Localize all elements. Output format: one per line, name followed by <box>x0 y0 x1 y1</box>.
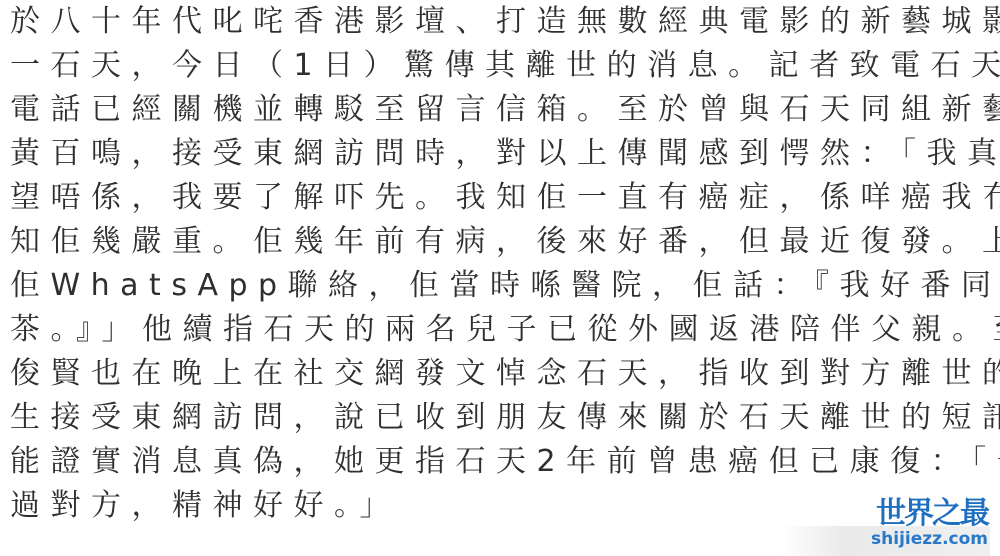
article-line-5: 望唔係，我要了解吓先。我知佢一直有癌症，係咩癌我冇詳細問，但 <box>10 176 1000 220</box>
article-line-8: 茶。』」他續指石天的兩名兒子已從外國返港陪伴父親。至於藝人林 <box>10 308 1000 352</box>
article-line-4: 黃百鳴，接受東網訪問時，對以上傳聞感到愕然：「我真係唔知，希 <box>10 132 1000 176</box>
article-line-10: 生接受東網訪問，說已收到朋友傳來關於石天離世的短訊，但現在未 <box>10 396 1000 440</box>
article-line-9: 俊賢也在晚上在社交網發文悼念石天，指收到對方離世的消息。施南 <box>10 352 1000 396</box>
article-line-2: 一石天，今日（1日）驚傳其離世的消息。記者致電石天，他的手提 <box>10 44 1000 88</box>
watermark-logo: 世界之最 shijiezz.com <box>858 498 988 548</box>
article-line-6: 知佢幾嚴重。佢幾年前有病，後來好番，但最近復發。上個月我仲同 <box>10 220 1000 264</box>
article-body: 於八十年代叱咤香港影壇、打造無數經典電影的新藝城影業創辦人之 一石天，今日（1日… <box>10 0 1000 528</box>
article-line-1: 於八十年代叱咤香港影壇、打造無數經典電影的新藝城影業創辦人之 <box>10 0 1000 44</box>
article-line-7: 佢WhatsApp聯絡，佢當時喺醫院，佢話：『我好番同你出嚟飲 <box>10 264 1000 308</box>
article-line-11: 能證實消息真偽，她更指石天2年前曾患癌但已康復：「一年前有見 <box>10 440 1000 484</box>
article-line-12: 過對方，精神好好。」 <box>10 484 1000 528</box>
article-line-3: 電話已經關機並轉駁至留言信箱。至於曾與石天同組新藝城的電影人 <box>10 88 1000 132</box>
watermark-title: 世界之最 <box>858 498 988 530</box>
watermark-domain: shijiezz.com <box>858 530 988 548</box>
